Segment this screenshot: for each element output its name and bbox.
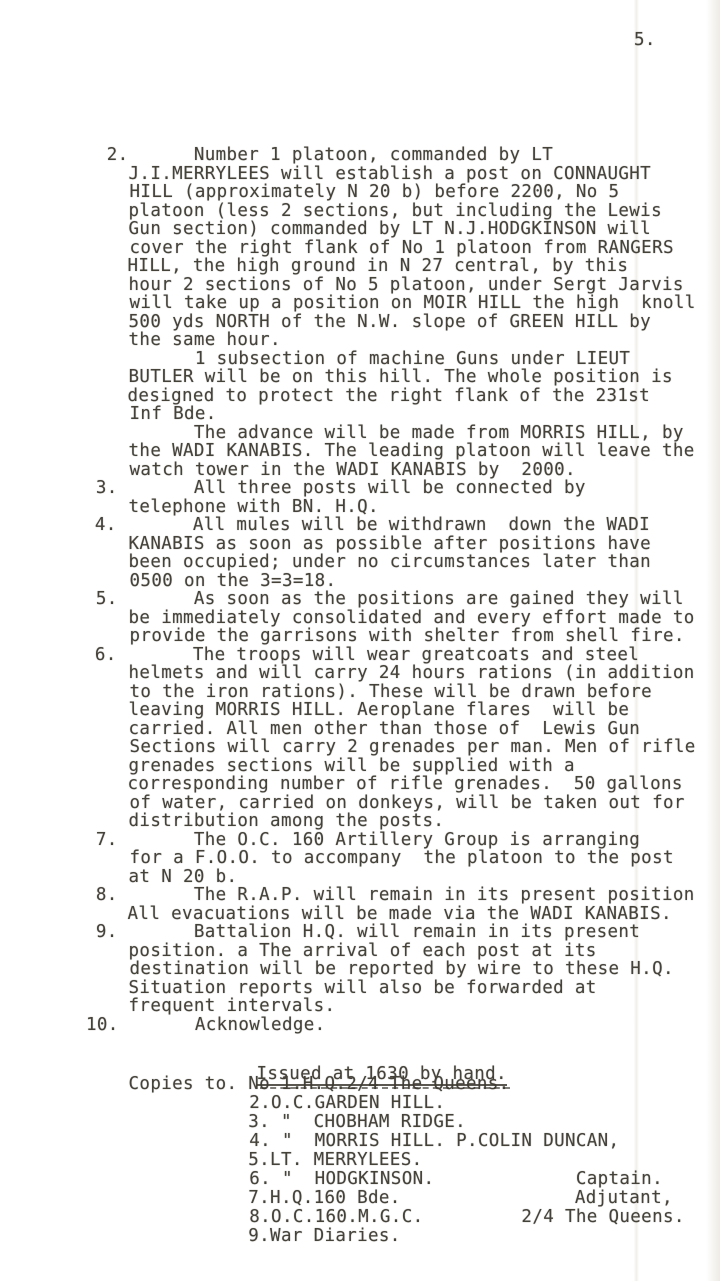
document-line: helmets and will carry 24 hours rations … [85, 664, 720, 683]
copies-line: 3. " CHOBHAM RIDGE. [85, 1113, 720, 1132]
document-line: for a F.O.O. to accompany the platoon to… [86, 849, 720, 868]
copies-line: 4. " MORRIS HILL. P.COLIN DUNCAN, [86, 1132, 720, 1151]
document-line: been occupied; under no circumstances la… [85, 553, 720, 572]
document-line: Situation reports will also be forwarded… [85, 979, 720, 998]
document-line: Inf Bde. [86, 405, 720, 424]
copies-line: 6. " HODGKINSON. Captain. [86, 1170, 720, 1189]
document-line: be immediately consolidated and every ef… [85, 609, 720, 628]
issued-heading-row: Issued at 1630 by hand. [213, 1046, 720, 1065]
document-line: grenades sections will be supplied with … [85, 757, 720, 776]
document-line: 7. The O.C. 160 Artillery Group is arran… [85, 831, 720, 850]
document-line: 10. Acknowledge. [86, 1016, 720, 1035]
document-line: to the iron rations). These will be draw… [86, 683, 720, 702]
document-line: carried. All men other than those of Lew… [85, 720, 720, 739]
document-line: HILL (approximately N 20 b) before 2200,… [86, 183, 720, 202]
copies-line: 8.O.C.160.M.G.C. 2/4 The Queens. [86, 1208, 720, 1227]
document-line: Sections will carry 2 grenades per man. … [86, 738, 720, 757]
scanned-document-page: { "page": { "number": "5.", "paper_color… [0, 0, 720, 1281]
document-line: All evacuations will be made via the WAD… [84, 905, 720, 924]
document-line: of water, carried on donkeys, will be ta… [86, 794, 720, 813]
document-line: 2. Number 1 platoon, commanded by LT [85, 146, 720, 165]
document-line: leaving MORRIS HILL. Aeroplane flares wi… [85, 701, 720, 720]
document-line: at N 20 b. [85, 868, 720, 887]
document-line: Gun section) commanded by LT N.J.HODGKIN… [85, 220, 720, 239]
document-line: destination will be reported by wire to … [86, 960, 720, 979]
copies-line: 2.O.C.GARDEN HILL. [86, 1094, 720, 1113]
document-line: 5. As soon as the positions are gained t… [85, 590, 720, 609]
document-content: 2. Number 1 platoon, commanded by LT J.I… [85, 146, 720, 1246]
document-body: 2. Number 1 platoon, commanded by LT J.I… [85, 146, 720, 1034]
document-line: corresponding number of rifle grenades. … [84, 775, 720, 794]
document-line: 8. The R.A.P. will remain in its present… [85, 886, 720, 905]
page-number: 5. [634, 30, 656, 50]
document-line: 0500 on the 3=3=18. [86, 572, 720, 591]
document-line: cover the right flank of No 1 platoon fr… [86, 239, 720, 258]
document-line: provide the garrisons with shelter from … [86, 627, 720, 646]
document-line: hour 2 sections of No 5 platoon, under S… [85, 276, 720, 295]
document-line: 3. All three posts will be connected by [85, 479, 720, 498]
copies-line: 9.War Diaries. [85, 1227, 720, 1246]
document-line: 9. Battalion H.Q. will remain in its pre… [85, 923, 720, 942]
document-line: HILL, the high ground in N 27 central, b… [84, 257, 720, 276]
document-line: frequent intervals. [85, 997, 720, 1016]
document-line: the WADI KANABIS. The leading platoon wi… [85, 442, 720, 461]
document-line: KANABIS as soon as possible after positi… [85, 535, 720, 554]
document-line: The advance will be made from MORRIS HIL… [85, 424, 720, 443]
document-line: platoon (less 2 sections, but including … [85, 202, 720, 221]
document-line: 4. All mules will be withdrawn down the … [84, 516, 720, 535]
document-line: J.I.MERRYLEES will establish a post on C… [85, 165, 720, 184]
document-line: BUTLER will be on this hill. The whole p… [85, 368, 720, 387]
document-line: 1 subsection of machine Guns under LIEUT [86, 350, 720, 369]
document-line: will take up a position on MOIR HILL the… [86, 294, 720, 313]
document-line: 6. The troops will wear greatcoats and s… [84, 646, 720, 665]
issued-heading: Issued at 1630 by hand. [257, 1065, 507, 1087]
document-line: position. a The arrival of each post at … [85, 942, 720, 961]
document-line: 500 yds NORTH of the N.W. slope of GREEN… [85, 313, 720, 332]
copies-line: 7.H.Q.160 Bde. Adjutant, [85, 1189, 720, 1208]
document-line: distribution among the posts. [85, 812, 720, 831]
document-line: telephone with BN. H.Q. [85, 498, 720, 517]
document-line: the same hour. [85, 331, 720, 350]
copies-list: Copies to. No 1.H.Q.2/4 The Queens. 2.O.… [85, 1075, 720, 1246]
copies-line: 5.LT. MERRYLEES. [85, 1151, 720, 1170]
document-line: designed to protect the right flank of t… [84, 387, 720, 406]
document-line: watch tower in the WADI KANABIS by 2000. [86, 461, 720, 480]
